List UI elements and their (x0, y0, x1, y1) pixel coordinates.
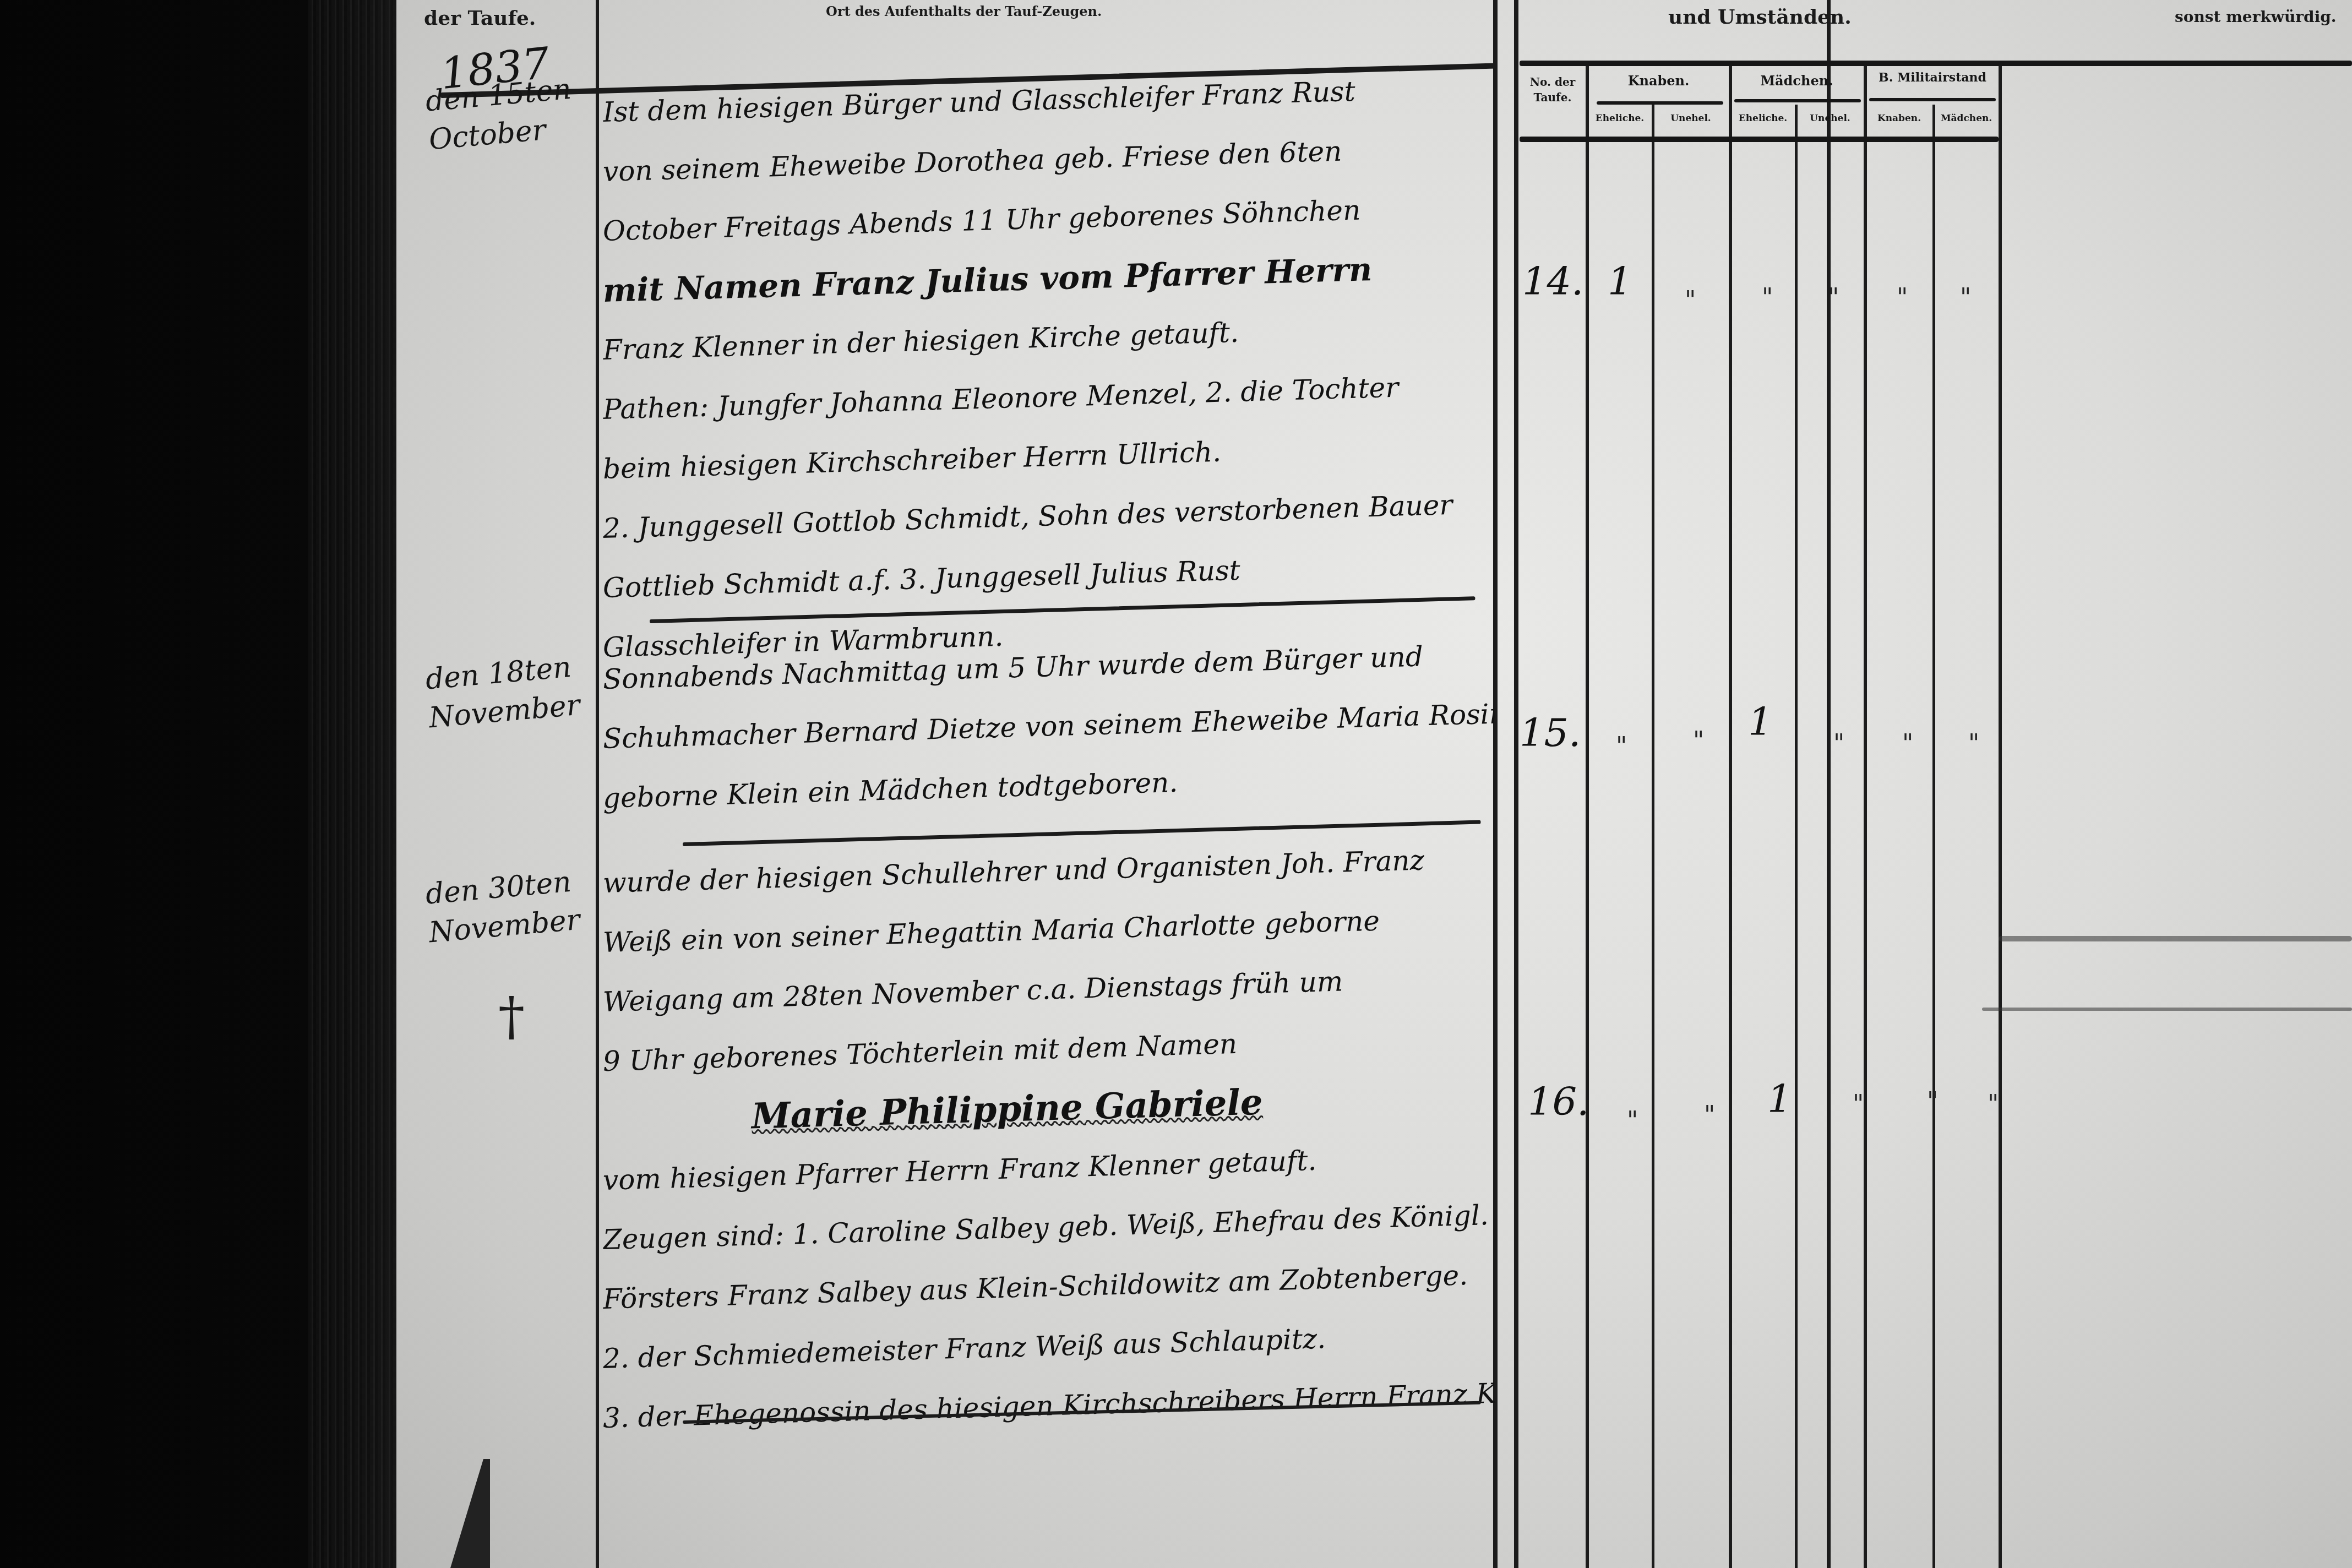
tally-rule-2 (1652, 105, 1654, 1568)
entry-1-ditto: " (1960, 284, 1971, 312)
header-sonst-merkwuerdig: sonst merkwürdig. (2175, 8, 2337, 26)
tally-sub-unehel-knaben: Unehel. (1654, 113, 1727, 124)
entry-1-number: 14. (1522, 259, 1583, 304)
entry-3-maedchen-ehelich: 1 (1767, 1076, 1792, 1121)
tally-sub-ehelich-maedchen: Eheliche. (1732, 113, 1794, 124)
entry-3-number: 16. (1528, 1079, 1589, 1124)
paper-scratch (1999, 936, 2352, 941)
tally-header-maedchen: Mädchen. (1732, 73, 1861, 89)
entry-1-knaben-ehelich: 1 (1608, 259, 1632, 304)
entry-3-ditto: " (1853, 1090, 1864, 1118)
tally-rule-4 (1795, 105, 1798, 1568)
column-rule-remarks (1827, 0, 1831, 1568)
tally-top-rule (1520, 61, 2352, 66)
entry-3-text: wurde der hiesigen Schullehrer und Organ… (603, 853, 1495, 1448)
tally-header-militairstand: B. Militairstand (1866, 70, 1999, 85)
entry-3-date: den 30ten November (424, 862, 581, 952)
entry-2-text: Sonnabends Nachmittag um 5 Uhr wurde dem… (603, 650, 1495, 828)
entry-2-number: 15. (1520, 710, 1581, 755)
entry-2-ditto: " (1902, 729, 1913, 758)
paper-scratch (1982, 1008, 2352, 1011)
knaben-underline (1597, 101, 1723, 105)
entry-1-ditto: " (1685, 286, 1696, 314)
header-und-umstaenden: und Umständen. (1668, 6, 1852, 29)
tally-rule-7 (1999, 63, 2002, 1568)
death-cross-icon: † (498, 986, 525, 1047)
militair-underline (1869, 98, 1996, 101)
tally-header-bottom-rule (1520, 137, 1999, 142)
tally-sub-militair-maedchen: Mädchen. (1935, 113, 1997, 124)
entry-2-ditto: " (1833, 729, 1844, 758)
entry-3-ditto: " (1927, 1087, 1938, 1115)
tally-rule-5 (1864, 63, 1867, 1568)
tally-rule-1 (1586, 63, 1589, 1568)
entry-1-ditto: " (1897, 284, 1908, 312)
page-stack-edge (308, 0, 396, 1568)
maedchen-underline (1734, 99, 1861, 102)
entry-3-ditto: " (1627, 1107, 1638, 1135)
entry-2-ditto: " (1616, 732, 1627, 760)
entry-1-ditto: " (1828, 284, 1839, 312)
header-der-taufe: der Taufe. (424, 7, 536, 30)
entry-3-ditto: " (1988, 1090, 1999, 1118)
entry-1-text: Ist dem hiesigen Bürger und Glasschleife… (603, 83, 1495, 677)
entry-1-date: den 15ten October (424, 70, 576, 160)
tally-sub-ehelich-knaben: Eheliche. (1589, 113, 1651, 124)
tally-header-no: No. der Taufe. (1522, 74, 1583, 105)
tally-rule-3 (1729, 63, 1732, 1568)
entry-2-maedchen-ehelich: 1 (1748, 699, 1773, 744)
entry-2-ditto: " (1968, 729, 1979, 758)
tally-header-knaben: Knaben. (1591, 73, 1726, 89)
column-rule-main-double (1514, 0, 1518, 1568)
column-rule-date (596, 0, 599, 1568)
tally-sub-militair-knaben: Knaben. (1867, 113, 1931, 124)
entry-2-date: den 18ten November (424, 647, 581, 737)
entry-3-ditto: " (1704, 1101, 1715, 1129)
header-sponsors-location: Ort des Aufenthalts der Tauf-Zeugen. (826, 3, 1102, 19)
entry-2-ditto: " (1693, 727, 1704, 755)
entry-1-ditto: " (1762, 284, 1773, 312)
tally-rule-6 (1932, 105, 1935, 1568)
tally-sub-unehel-maedchen: Unehel. (1798, 113, 1863, 124)
